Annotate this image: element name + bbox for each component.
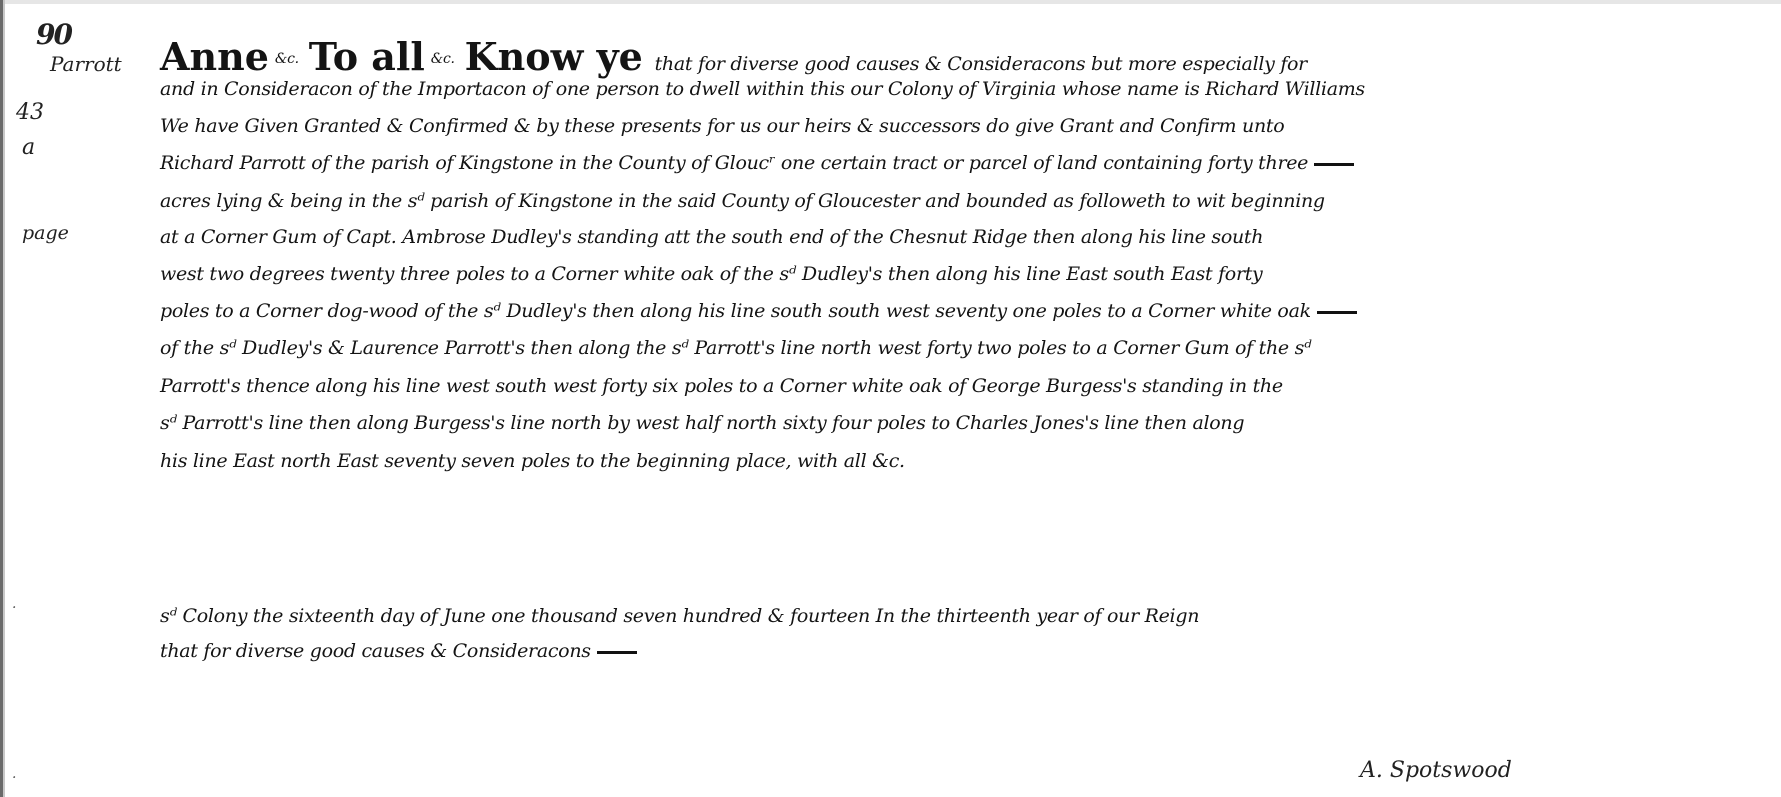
line-text: west two degrees twenty three poles to a… (160, 263, 1263, 285)
text-line-8: poles to a Corner dog-wood of the sᵈ Dud… (160, 300, 1357, 322)
line-text: poles to a Corner dog-wood of the sᵈ Dud… (160, 300, 1311, 322)
left-margin: 90 Parrott 43 a page · · (10, 0, 150, 797)
line-filler-dash (1317, 311, 1357, 314)
etc-mark: &c. (275, 51, 299, 67)
line-text: of the sᵈ Dudley's & Laurence Parrott's … (160, 337, 1311, 359)
left-border-shadow (3, 0, 5, 797)
text-line-9: of the sᵈ Dudley's & Laurence Parrott's … (160, 337, 1311, 359)
line-text: acres lying & being in the sᵈ parish of … (160, 190, 1325, 212)
text-line-formula (160, 563, 242, 603)
heading-anne: Anne (160, 34, 269, 79)
margin-mark: a (22, 135, 35, 160)
line-text: Richard Parrott of the parish of Kingsto… (160, 152, 1308, 174)
text-line-next-patent (160, 700, 198, 745)
line-text: sᵈ Colony the sixteenth day of June one … (160, 605, 1199, 627)
line-text: at a Corner Gum of Capt. Ambrose Dudley'… (160, 226, 1263, 248)
line-text: We have Given Granted & Confirmed & by t… (160, 115, 1284, 137)
manuscript-page: 90 Parrott 43 a page · · Anne&c.To all&c… (0, 0, 1781, 797)
top-border (0, 0, 1781, 4)
text-line-2: and in Consideracon of the Importacon of… (160, 78, 1365, 100)
etc-mark: &c. (431, 51, 455, 67)
text-line-13 (160, 490, 182, 530)
text-line-11: sᵈ Parrott's line then along Burgess's l… (160, 412, 1244, 434)
text-line-10: Parrott's thence along his line west sou… (160, 375, 1283, 397)
line-filler-dash (1314, 163, 1354, 166)
line-filler-dash (597, 651, 637, 654)
heading-to-all: To all (309, 34, 425, 79)
heading-know-ye: Know ye (465, 34, 643, 79)
text-line-witness: sᵈ Colony the sixteenth day of June one … (160, 605, 1199, 627)
folio-number: 90 (36, 18, 71, 51)
grantee-name-margin: Parrott (50, 52, 122, 76)
line-text: his line East north East seventy seven p… (160, 450, 905, 472)
stray-mark: · (12, 600, 16, 616)
text-line-5: acres lying & being in the sᵈ parish of … (160, 190, 1325, 212)
line-text: Parrott's thence along his line west sou… (160, 375, 1283, 397)
text-line-7: west two degrees twenty three poles to a… (160, 263, 1263, 285)
line-text: that for diverse good causes & Considera… (160, 640, 591, 662)
text-line-date: that for diverse good causes & Considera… (160, 640, 637, 662)
text-line-1: Anne&c.To all&c.Know ye that for diverse… (160, 34, 1307, 79)
stray-mark: · (12, 770, 16, 786)
text-line-12: his line East north East seventy seven p… (160, 450, 905, 472)
line-text: that for diverse good causes & Considera… (655, 53, 1307, 75)
text-line-4: Richard Parrott of the parish of Kingsto… (160, 152, 1354, 174)
governor-signature: A. Spotswood (1360, 758, 1512, 783)
text-line-6: at a Corner Gum of Capt. Ambrose Dudley'… (160, 226, 1263, 248)
line-text: and in Consideracon of the Importacon of… (160, 78, 1365, 100)
line-text: sᵈ Parrott's line then along Burgess's l… (160, 412, 1244, 434)
acreage-margin: 43 (16, 100, 44, 125)
page-reference: page (22, 222, 69, 244)
text-line-3: We have Given Granted & Confirmed & by t… (160, 115, 1284, 137)
